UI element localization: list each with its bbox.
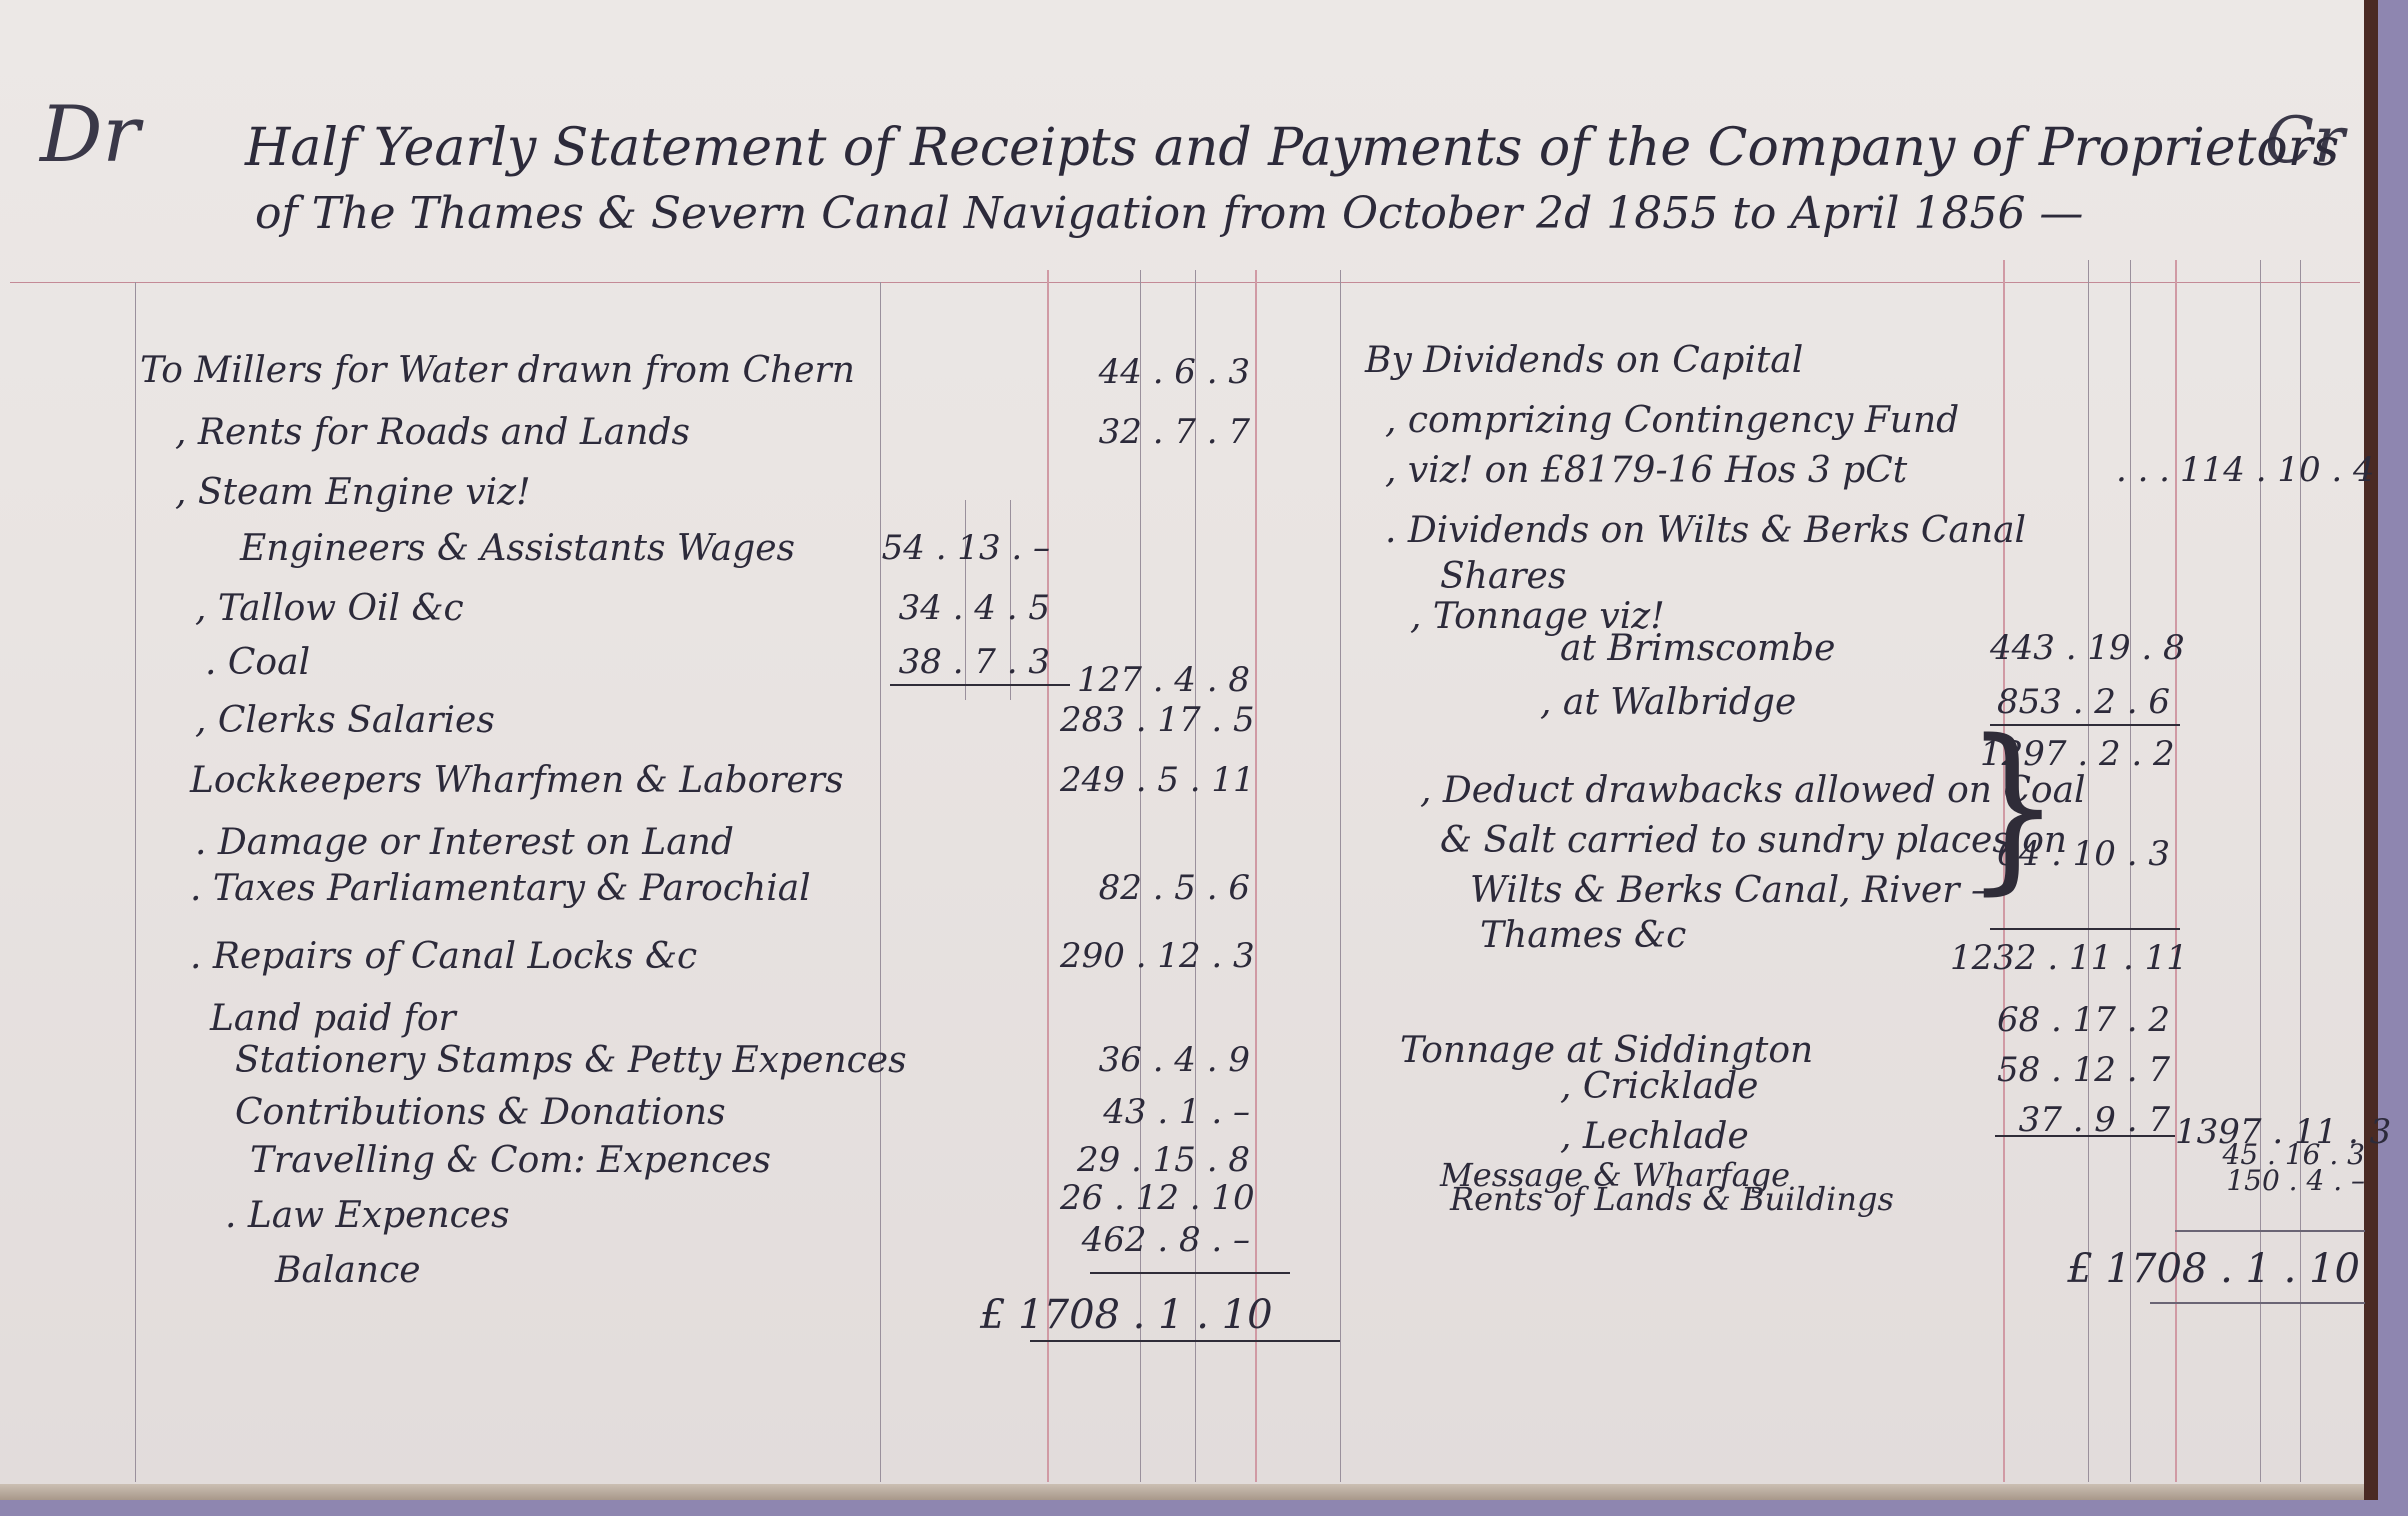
credit-entry-label: , at Walbridge [1540,682,1796,723]
debit-entry-inner: 54 . 13 . – [880,528,1050,568]
credit-entry-inner: 1232 . 11 . 11 [1950,938,2170,978]
debit-entry-label: Balance [275,1250,421,1291]
debit-entry-amount: 32 . 7 . 7 [1060,412,1250,452]
debit-entry-label: Engineers & Assistants Wages [240,528,795,569]
credit-entry-label: Shares [1440,556,1566,597]
credit-entry-label: Wilts & Berks Canal, River — [1470,870,2007,911]
debit-entry-label: Contributions & Donations [235,1092,726,1133]
subtotal-rule [1990,928,2180,930]
debit-entry-label: . Law Expences [225,1195,510,1236]
debit-entry-label: Land paid for [210,998,456,1039]
inner-col-line [880,282,881,1482]
subtotal-rule [890,684,1070,686]
total-double-rule [2150,1302,2365,1304]
debit-entry-amount: 283 . 17 . 5 [1060,700,1250,740]
credit-entry-label: Rents of Lands & Buildings [1450,1180,1894,1218]
debit-entry-amount: 43 . 1 . – [1060,1092,1250,1132]
debit-entry-label: Lockkeepers Wharfmen & Laborers [190,760,843,801]
credit-entry-inner: . . . [2010,450,2170,490]
debit-entry-amount: 29 . 15 . 8 [1060,1140,1250,1180]
credit-shillings-col-line [2260,260,2261,1482]
credit-entry-label: Tonnage at Siddington [1400,1030,1813,1071]
credit-entry-inner: 443 . 19 . 8 [1990,628,2170,668]
debit-entry-amount: 290 . 12 . 3 [1060,936,1250,976]
debit-entry-amount: 249 . 5 . 11 [1060,760,1250,800]
credit-entry-label: , viz! on £8179-16 Hos 3 pCt [1385,450,1907,491]
debit-entry-label: . Coal [205,642,310,683]
debit-entry-amount: 82 . 5 . 6 [1060,868,1250,908]
debit-entry-amount: 26 . 12 . 10 [1060,1178,1250,1218]
brace-bracket: } [1965,703,2060,912]
credit-total: £ 1708 . 1 . 10 [2060,1246,2360,1292]
credit-entry-label: at Brimscombe [1560,628,1835,669]
debit-entry-label: , Steam Engine viz! [175,472,531,513]
credit-entry-label: , comprizing Contingency Fund [1385,400,1959,441]
debit-entry-label: Stationery Stamps & Petty Expences [235,1040,907,1081]
debit-entry-label: . Taxes Parliamentary & Parochial [190,868,811,909]
credit-entry-amount: 114 . 10 . 4 [2180,450,2360,490]
page-title-line2: of The Thames & Severn Canal Navigation … [255,188,2083,239]
subtotal-rule [1995,1135,2175,1137]
page-title-line1: Half Yearly Statement of Receipts and Pa… [245,118,2339,178]
debit-marker: Dr [40,90,140,180]
debit-entry-label: To Millers for Water drawn from Chern [140,350,855,391]
debit-entry-label: , Rents for Roads and Lands [175,412,690,453]
debit-total: £ 1708 . 1 . 10 [980,1292,1260,1338]
total-rule [2175,1230,2365,1232]
credit-start-line [1340,270,1341,1482]
credit-entry-label: By Dividends on Capital [1365,340,1803,381]
debit-entry-amount: 127 . 4 . 8 [1060,660,1250,700]
credit-entry-label: , Lechlade [1560,1116,1749,1157]
debit-entry-amount: 44 . 6 . 3 [1060,352,1250,392]
credit-entry-label: Thames &c [1480,915,1686,956]
debit-entry-inner: 34 . 4 . 5 [880,588,1050,628]
debit-entry-label: , Tallow Oil &c [195,588,464,629]
total-double-rule [1030,1340,1340,1342]
credit-money-col-line [2175,260,2177,1482]
ledger-page: Dr Cr Half Yearly Statement of Receipts … [0,0,2378,1500]
credit-entry-inner: 58 . 12 . 7 [1990,1050,2170,1090]
debit-entry-label: , Clerks Salaries [195,700,495,741]
credit-entry-inner: 68 . 17 . 2 [1990,1000,2170,1040]
credit-pence-col-line [2300,260,2301,1482]
credit-entry-inner: 37 . 9 . 7 [1990,1100,2170,1140]
debit-entry-inner: 38 . 7 . 3 [880,642,1050,682]
debit-entry-label: Travelling & Com: Expences [250,1140,771,1181]
page-bottom-edge [0,1484,2364,1500]
credit-entry-label: , Cricklade [1560,1066,1758,1107]
credit-entry-amount: 150 . 4 . – [2175,1164,2365,1197]
debit-entry-label: . Damage or Interest on Land [195,822,734,863]
credit-entry-label: . Dividends on Wilts & Berks Canal [1385,510,2026,551]
header-rule [10,282,2360,283]
margin-line [135,282,136,1482]
debit-entry-amount: 462 . 8 . – [1060,1220,1250,1260]
total-rule [1090,1272,1290,1274]
debit-entry-amount: 36 . 4 . 9 [1060,1040,1250,1080]
debit-entry-label: . Repairs of Canal Locks &c [190,936,697,977]
